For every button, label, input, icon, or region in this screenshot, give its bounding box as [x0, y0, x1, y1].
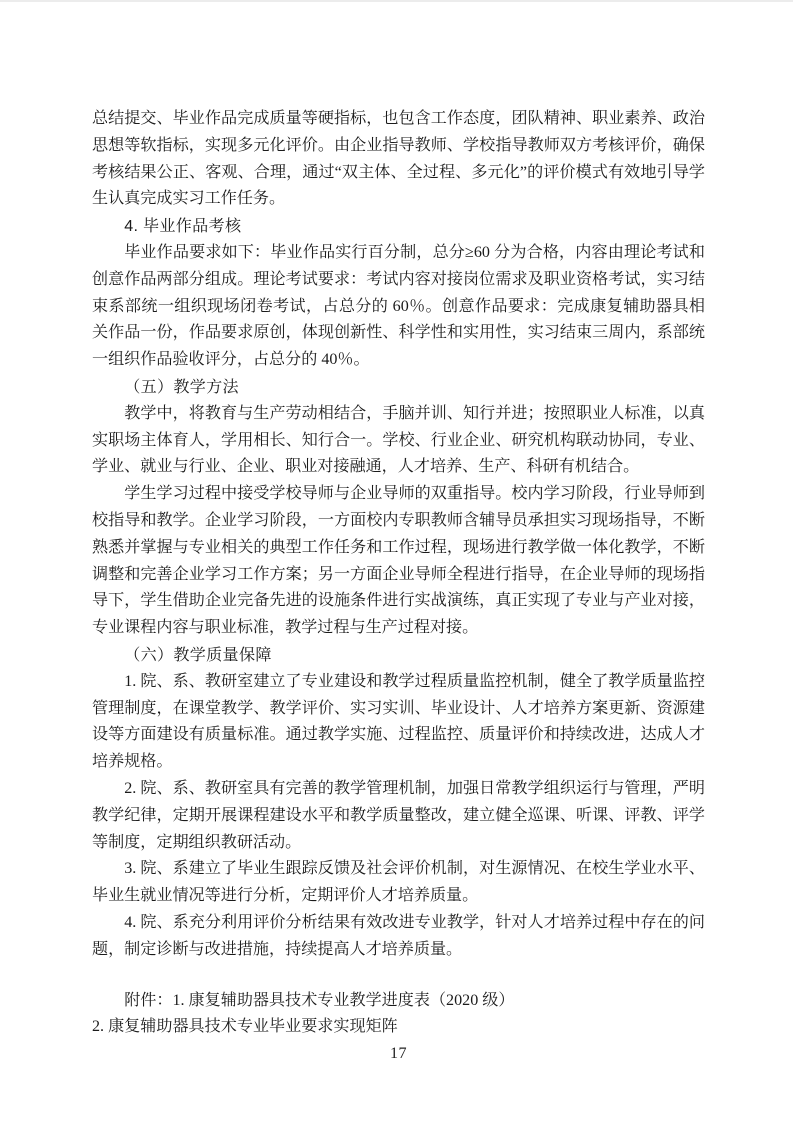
body-paragraph: 毕业作品要求如下：毕业作品实行百分制，总分≥60 分为合格，内容由理论考试和创意…: [92, 240, 705, 374]
body-paragraph: 总结提交、毕业作品完成质量等硬指标，也包含工作态度，团队精神、职业素养、政治思想…: [92, 106, 705, 213]
section-heading-graduation-work-assessment: 4. 毕业作品考核: [92, 213, 705, 240]
section-heading-teaching-methods: （五）教学方法: [92, 374, 705, 401]
scan-edge-artifact: [0, 0, 793, 2]
text-block: 总结提交、毕业作品完成质量等硬指标，也包含工作态度，团队精神、职业素养、政治思想…: [92, 106, 705, 1068]
attachment-item: 2. 康复辅助器具技术专业毕业要求实现矩阵: [92, 1014, 705, 1041]
body-paragraph: 1. 院、系、教研室建立了专业建设和教学过程质量监控机制，健全了教学质量监控管理…: [92, 669, 705, 776]
page-number: 17: [92, 1041, 705, 1068]
attachments-list: 附件：1. 康复辅助器具技术专业教学进度表（2020 级） 2. 康复辅助器具技…: [92, 988, 705, 1042]
body-paragraph: 2. 院、系、教研室具有完善的教学管理机制，加强日常教学组织运行与管理，严明教学…: [92, 776, 705, 856]
body-paragraph: 4. 院、系充分利用评价分析结果有效改进专业教学，针对人才培养过程中存在的问题，…: [92, 910, 705, 964]
document-page: 总结提交、毕业作品完成质量等硬指标，也包含工作态度，团队精神、职业素养、政治思想…: [0, 0, 793, 1122]
body-paragraph: 学生学习过程中接受学校导师与企业导师的双重指导。校内学习阶段，行业导师到校指导和…: [92, 481, 705, 642]
body-paragraph: 教学中，将教育与生产劳动相结合，手脑并训、知行并进；按照职业人标准，以真实职场主…: [92, 401, 705, 481]
attachment-item: 附件：1. 康复辅助器具技术专业教学进度表（2020 级）: [92, 988, 705, 1015]
section-heading-teaching-quality-assurance: （六）教学质量保障: [92, 642, 705, 669]
body-paragraph: 3. 院、系建立了毕业生跟踪反馈及社会评价机制，对生源情况、在校生学业水平、毕业…: [92, 856, 705, 910]
